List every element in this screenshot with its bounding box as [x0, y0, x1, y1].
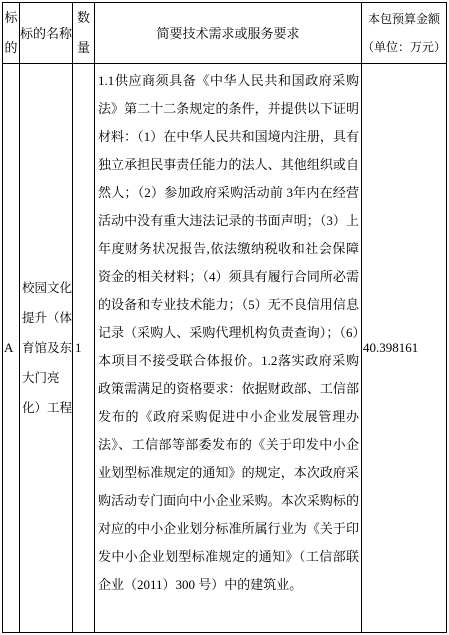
- header-budget-unit: （单位：万元）: [362, 33, 446, 61]
- procurement-document-page: 标的 标的名称 数量 简要技术需求或服务要求 本包预算金额 （单位：万元） A …: [0, 0, 449, 635]
- cell-quantity: 1: [73, 64, 95, 633]
- table-row: A 校园文化提升（体育馆及东大门亮化）工程 1 1.1供应商须具备《中华人民共和…: [3, 64, 447, 633]
- table-header-row: 标的 标的名称 数量 简要技术需求或服务要求 本包预算金额 （单位：万元）: [3, 3, 447, 64]
- header-requirements: 简要技术需求或服务要求: [95, 3, 362, 64]
- header-subject-name: 标的名称: [20, 3, 73, 64]
- header-budget-title: 本包预算金额: [362, 5, 446, 33]
- cell-subject-name: 校园文化提升（体育馆及东大门亮化）工程: [20, 64, 73, 633]
- cell-budget: 40.398161: [362, 64, 447, 633]
- cell-subject-id: A: [3, 64, 20, 633]
- header-quantity: 数量: [73, 3, 95, 64]
- cell-requirements: 1.1供应商须具备《中华人民共和国政府采购法》第二十二条规定的条件，并提供以下证…: [95, 64, 362, 633]
- procurement-package-table: 标的 标的名称 数量 简要技术需求或服务要求 本包预算金额 （单位：万元） A …: [2, 2, 447, 633]
- header-subject-id: 标的: [3, 3, 20, 64]
- header-budget: 本包预算金额 （单位：万元）: [362, 3, 447, 64]
